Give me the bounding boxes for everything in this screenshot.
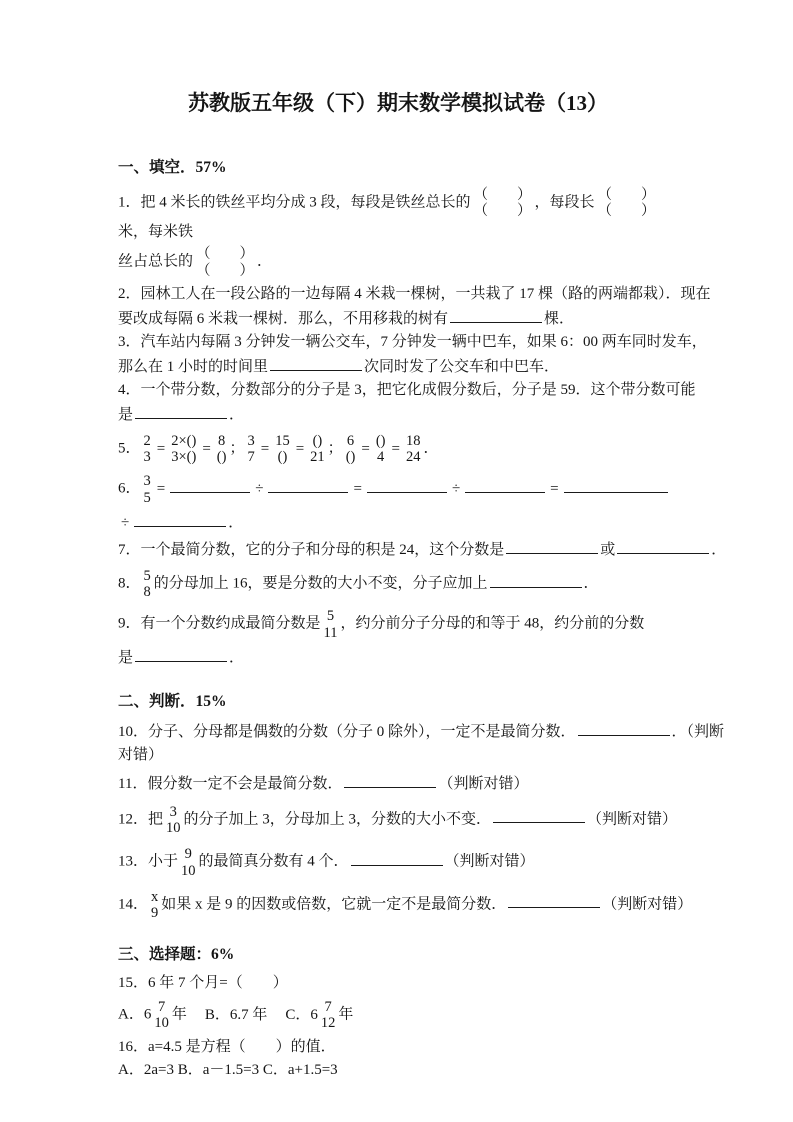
question-text: 的分母加上 16，要是分数的大小不变，分子应加上 [154, 576, 488, 592]
answer-blank [367, 476, 447, 493]
answer-blank [135, 645, 227, 662]
fraction-numerator: （ ） [196, 246, 254, 262]
question-text: 7．一个最简分数，它的分子和分母的积是 24，这个分数是 [118, 542, 504, 558]
divide-sign: ÷ [118, 515, 132, 531]
separator: ； [328, 441, 343, 457]
fraction-numerator: （ ） [598, 187, 656, 203]
question-text: 9．有一个分数约成最简分数是 [118, 616, 321, 632]
fraction-denominator: （ ） [196, 263, 254, 279]
answer-blank [617, 537, 709, 554]
question-6-line-1: 6．35=÷=÷= [118, 471, 678, 507]
question-text: ． [229, 407, 244, 423]
fraction-numerator: 7 [158, 999, 165, 1015]
question-text: 棵． [544, 311, 574, 327]
fraction-numerator: 8 [218, 433, 225, 449]
answer-blank [268, 476, 348, 493]
fraction-numerator: （ ） [474, 187, 532, 203]
fraction-numerator: 5 [327, 608, 334, 624]
fraction-paren-blank: （ ）（ ） [472, 187, 534, 219]
question-text: （判断对错） [445, 854, 535, 870]
equals-sign: = [389, 441, 403, 457]
fraction-denominator: 12 [321, 1015, 336, 1031]
option-b-text: B．6.7 年 [205, 1007, 268, 1023]
question-text: 要改成每隔 6 米栽一棵树．那么，不用移栽的树有 [118, 311, 448, 327]
fraction-numerator: 2 [144, 433, 151, 449]
fraction: 2×()3×() [169, 433, 198, 465]
fraction-numerator: x [151, 889, 158, 905]
fraction: 23 [142, 433, 153, 465]
question-text: 15．6 年 7 个月=（ ） [118, 975, 288, 991]
period: ． [423, 441, 438, 457]
answer-blank [578, 719, 670, 736]
question-number: 8． [118, 576, 141, 592]
question-text: 次同时发了公交车和中巴车． [364, 359, 559, 375]
fraction: 6() [344, 433, 358, 465]
fraction-denominator: () [278, 449, 288, 465]
question-15-options: A．6710年B．6.7 年C．6712年 [118, 997, 678, 1033]
question-text: 11．假分数一定不会是最简分数． [118, 776, 342, 792]
fraction-numerator: 3 [247, 433, 254, 449]
answer-blank [465, 476, 545, 493]
option-a-text: 年 [172, 1007, 187, 1023]
question-10-line-1: 10．分子、分母都是偶数的分数（分子 0 除外），一定不是最简分数．．（判断 [118, 719, 678, 744]
fraction-denominator: 5 [144, 490, 151, 506]
fraction-numerator: 3 [170, 804, 177, 820]
question-text: ．（判断 [672, 724, 725, 740]
fraction: ()21 [308, 433, 327, 465]
period: ． [228, 515, 243, 531]
equals-sign: = [358, 441, 372, 457]
answer-blank [351, 849, 443, 866]
section-header-choice: 三、选择题：6% [118, 943, 678, 966]
fraction-numerator: 18 [406, 433, 421, 449]
fraction-denominator: () [217, 449, 227, 465]
question-text: 如果 x 是 9 的因数或倍数，它就一定不是最简分数． [161, 896, 506, 912]
equals-sign: = [258, 441, 272, 457]
question-text: 4．一个带分数，分数部分的分子是 3，把它化成假分数后，分子是 59．这个带分数… [118, 382, 696, 398]
option-c-text: C．6 [285, 1007, 318, 1023]
fraction: 8() [215, 433, 229, 465]
question-16-options: A．2a=3 B．a－1.5=3 C．a+1.5=3 [118, 1059, 678, 1082]
question-6-line-2: ÷． [118, 510, 678, 535]
question-text: ． [257, 254, 272, 270]
question-14: 14．x9如果 x 是 9 的因数或倍数，它就一定不是最简分数．（判断对错） [118, 887, 678, 923]
page-title: 苏教版五年级（下）期末数学模拟试卷（13） [118, 88, 678, 118]
question-text: 14． [118, 896, 148, 912]
question-text: ，约分前分子分母的和等于 48，约分前的分数 [340, 616, 644, 632]
question-text: 的分子加上 3，分母加上 3，分数的大小不变． [184, 811, 492, 827]
question-3-line-2: 那么在 1 小时的时间里次同时发了公交车和中巴车． [118, 354, 678, 379]
separator: ； [229, 441, 244, 457]
question-1-line-2: 丝占总长的（ ）（ ）． [118, 244, 678, 280]
question-text: （判断对错） [438, 776, 528, 792]
option-a-text: A．6 [118, 1007, 151, 1023]
fraction-numerator: 9 [185, 846, 192, 862]
fraction-numerator: 5 [144, 568, 151, 584]
fraction-denominator: （ ） [598, 203, 656, 219]
fraction: ()4 [374, 433, 388, 465]
question-2-line-1: 2．园林工人在一段公路的一边每隔 4 米栽一棵树，一共栽了 17 棵（路的两端都… [118, 283, 678, 306]
answer-blank [134, 510, 226, 527]
fraction-denominator: 10 [181, 863, 196, 879]
question-16-line-1: 16．a=4.5 是方程（ ）的值． [118, 1036, 678, 1059]
fraction-denominator: （ ） [474, 203, 532, 219]
fraction: 58 [142, 568, 153, 600]
fraction: 1824 [404, 433, 423, 465]
question-7: 7．一个最简分数，它的分子和分母的积是 24，这个分数是或． [118, 537, 678, 562]
fraction-numerator: 15 [275, 433, 290, 449]
question-text: ． [711, 542, 726, 558]
divide-sign: ÷ [449, 481, 463, 497]
question-text: ，每段长 [535, 195, 595, 211]
question-12: 12．把310的分子加上 3，分母加上 3，分数的大小不变．（判断对错） [118, 802, 678, 838]
question-3-line-1: 3．汽车站内每隔 3 分钟发一辆公交车，7 分钟发一辆中巴车，如果 6：00 两… [118, 331, 678, 354]
fraction-denominator: 3×() [171, 449, 196, 465]
question-text: 或 [600, 542, 615, 558]
fraction: 310 [164, 804, 183, 836]
question-11: 11．假分数一定不会是最简分数．（判断对错） [118, 771, 678, 796]
question-text: 的最简真分数有 4 个． [199, 854, 349, 870]
fraction-denominator: 10 [154, 1015, 169, 1031]
question-15-line-1: 15．6 年 7 个月=（ ） [118, 972, 678, 995]
question-number: 5． [118, 441, 141, 457]
fraction: 37 [245, 433, 256, 465]
answer-blank [344, 771, 436, 788]
fraction: 712 [319, 999, 338, 1031]
question-4-line-2: 是． [118, 402, 678, 427]
answer-blank [490, 571, 582, 588]
fraction: 710 [152, 999, 171, 1031]
equals-sign: = [154, 481, 168, 497]
question-text: 是 [118, 407, 133, 423]
equals-sign: = [350, 481, 364, 497]
fraction: 511 [322, 608, 340, 640]
fraction-denominator: 9 [151, 905, 158, 921]
equals-sign: = [154, 441, 168, 457]
answer-blank [135, 402, 227, 419]
fraction-denominator: 11 [324, 625, 338, 641]
question-text: 对错） [118, 747, 163, 763]
question-text: 是 [118, 650, 133, 666]
fraction-denominator: 4 [377, 449, 384, 465]
question-text: 2．园林工人在一段公路的一边每隔 4 米栽一棵树，一共栽了 17 棵（路的两端都… [118, 286, 711, 302]
question-text: 1．把 4 米长的铁丝平均分成 3 段，每段是铁丝总长的 [118, 195, 471, 211]
question-13: 13．小于910的最简真分数有 4 个．（判断对错） [118, 844, 678, 880]
question-text: 12．把 [118, 811, 163, 827]
equals-sign: = [199, 441, 213, 457]
fraction-denominator: 24 [406, 449, 421, 465]
answer-blank [270, 354, 362, 371]
fraction-numerator: () [313, 433, 323, 449]
question-text: ． [229, 650, 244, 666]
divide-sign: ÷ [252, 481, 266, 497]
fraction-denominator: 3 [144, 449, 151, 465]
fraction-numerator: 2×() [171, 433, 196, 449]
fraction-paren-blank: （ ）（ ） [194, 246, 256, 278]
answer-blank [170, 476, 250, 493]
fraction-paren-blank: （ ）（ ） [596, 187, 658, 219]
equals-sign: = [293, 441, 307, 457]
question-text: 16．a=4.5 是方程（ ）的值． [118, 1039, 336, 1055]
fraction-numerator: () [376, 433, 386, 449]
option-c-text: 年 [338, 1007, 353, 1023]
fraction-numerator: 3 [144, 473, 151, 489]
question-2-line-2: 要改成每隔 6 米栽一棵树．那么，不用移栽的树有棵． [118, 306, 678, 331]
answer-blank [508, 891, 600, 908]
question-text: 米，每米铁 [118, 224, 193, 240]
section-header-fill-in: 一、填空．57% [118, 156, 678, 179]
fraction: 35 [142, 473, 153, 505]
question-text: 13．小于 [118, 854, 178, 870]
fraction-numerator: 6 [347, 433, 354, 449]
question-5: 5．23=2×()3×()=8()；37=15()=()21；6()=()4=1… [118, 431, 678, 467]
fraction-numerator: 7 [325, 999, 332, 1015]
question-text: 那么在 1 小时的时间里 [118, 359, 268, 375]
question-text: 10．分子、分母都是偶数的分数（分子 0 除外），一定不是最简分数． [118, 724, 576, 740]
question-number: 6． [118, 481, 141, 497]
equals-sign: = [547, 481, 561, 497]
answer-blank [493, 806, 585, 823]
question-text: （判断对错） [587, 811, 677, 827]
question-4-line-1: 4．一个带分数，分数部分的分子是 3，把它化成假分数后，分子是 59．这个带分数… [118, 379, 678, 402]
fraction-denominator: 21 [310, 449, 325, 465]
question-1-line-1: 1．把 4 米长的铁丝平均分成 3 段，每段是铁丝总长的（ ）（ ），每段长（ … [118, 185, 678, 244]
question-text: 3．汽车站内每隔 3 分钟发一辆公交车，7 分钟发一辆中巴车，如果 6：00 两… [118, 334, 707, 350]
question-text: 丝占总长的 [118, 254, 193, 270]
fraction: 15() [273, 433, 292, 465]
options-text: A．2a=3 B．a－1.5=3 C．a+1.5=3 [118, 1062, 338, 1078]
fraction: x9 [149, 889, 160, 921]
question-8: 8．58的分母加上 16，要是分数的大小不变，分子应加上． [118, 566, 678, 602]
fraction-denominator: 8 [144, 584, 151, 600]
fraction-denominator: 10 [166, 820, 181, 836]
answer-blank [450, 306, 542, 323]
answer-blank [564, 476, 668, 493]
section-header-judge: 二、判断．15% [118, 690, 678, 713]
question-text: ． [584, 576, 599, 592]
question-10-line-2: 对错） [118, 744, 678, 767]
fraction: 910 [179, 846, 198, 878]
exam-page: 苏教版五年级（下）期末数学模拟试卷（13） 一、填空．57% 1．把 4 米长的… [0, 0, 793, 1122]
fraction-denominator: () [346, 449, 356, 465]
fraction-denominator: 7 [247, 449, 254, 465]
question-9-line-2: 是． [118, 645, 678, 670]
answer-blank [506, 537, 598, 554]
question-9-line-1: 9．有一个分数约成最简分数是511，约分前分子分母的和等于 48，约分前的分数 [118, 606, 678, 642]
question-text: （判断对错） [602, 896, 692, 912]
